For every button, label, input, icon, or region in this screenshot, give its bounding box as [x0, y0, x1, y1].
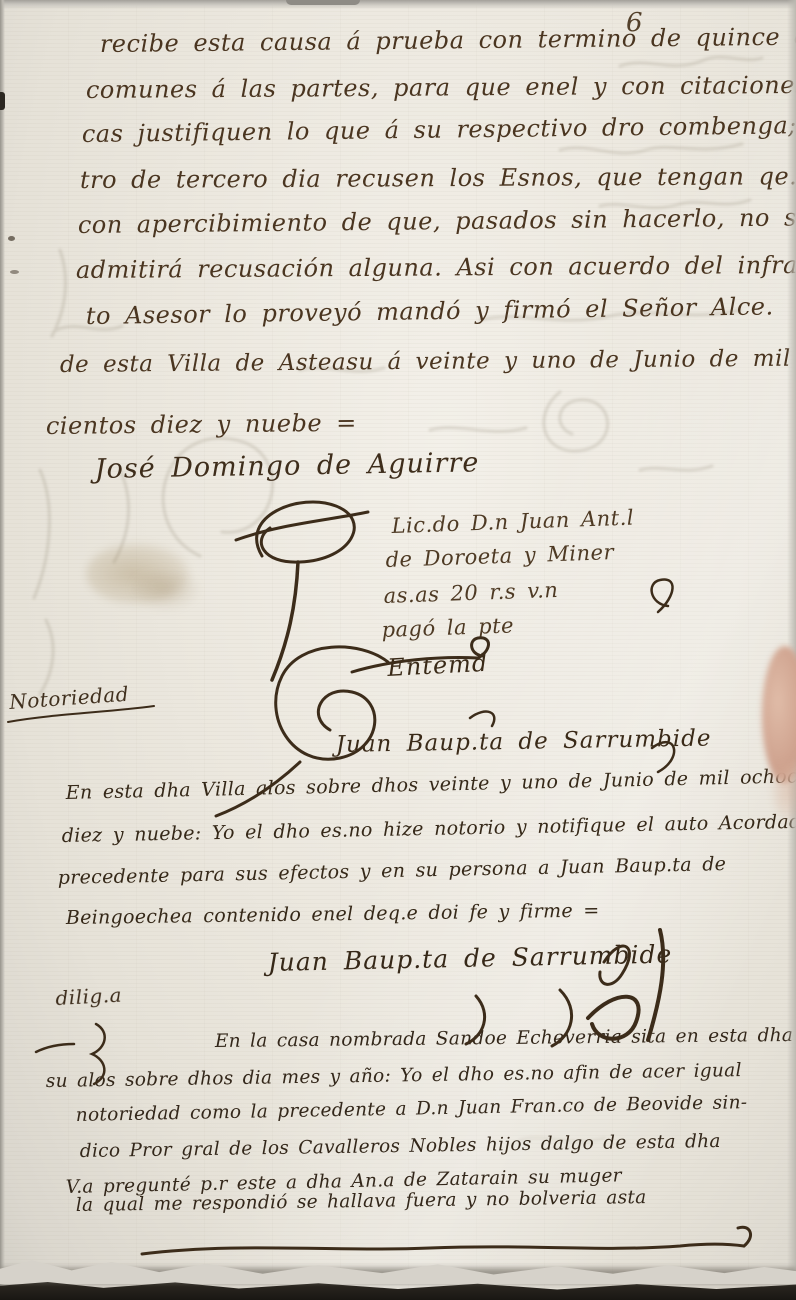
left-page-edge — [0, 0, 5, 1300]
left-edge-dark-notch — [0, 92, 5, 110]
top-edge-notch — [286, 0, 360, 5]
body-line: tro de tercero dia recusen los Esnos, qu… — [80, 164, 796, 192]
body-line: de esta Villa de Asteasu á veinte y uno … — [60, 347, 796, 377]
body-line: comunes á las partes, para que enel y co… — [86, 72, 796, 102]
assessor-note-line: pagó la pte — [381, 615, 514, 641]
body-line: cientos diez y nuebe = — [46, 411, 357, 438]
body-line: recibe esta causa á prueba con termino d… — [100, 24, 796, 56]
body-line: con apercibimiento de que, pasados sin h… — [78, 205, 796, 237]
scanned-document: 6 recibe esta causa á prueba con termino… — [0, 0, 796, 1300]
body-line: admitirá recusación alguna. Asi con acue… — [76, 253, 796, 282]
ink-speck — [10, 270, 19, 274]
assessor-rubric-text: Entemd — [387, 651, 489, 680]
ink-speck — [8, 236, 15, 241]
alcalde-signature: José Domingo de Aguirre — [95, 449, 480, 483]
paper-stain-small — [130, 568, 200, 610]
torn-top-edge — [0, 0, 796, 9]
margin-note-diligencia: dilig.a — [55, 985, 123, 1008]
